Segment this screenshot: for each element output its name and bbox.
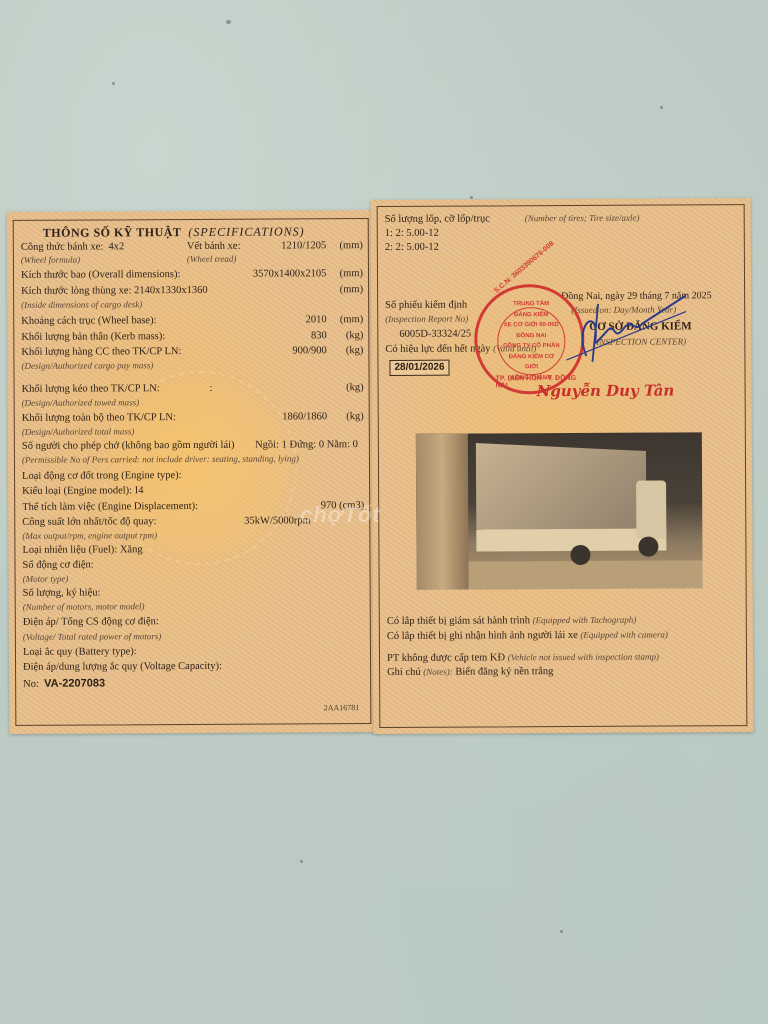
vehicle-inspection-certificate: THÔNG SỐ KỸ THUẬT (SPECIFICATIONS) Công …	[7, 198, 754, 736]
tire-axle-1: 1: 2: 5.00-12	[385, 226, 739, 239]
wheel-formula-en: (Wheel formula) (Wheel tread)	[21, 253, 363, 265]
photo-truck-cab	[636, 481, 666, 539]
total-mass-row: Khối lượng toàn bộ theo TK/CP LN: 1860/1…	[22, 411, 364, 424]
persons-row: Số người cho phép chở (không bao gồm ngư…	[22, 439, 364, 452]
inspection-page: Số lượng lốp, cỡ lốp/trục (Number of tir…	[371, 198, 754, 734]
floor-speck	[226, 20, 231, 24]
valid-until-date: 28/01/2026	[389, 360, 449, 376]
wheelbase-row: Khoảng cách trục (Wheel base): 2010 (mm)	[21, 314, 363, 327]
photo-wheel	[638, 537, 658, 557]
motor-count-en: (Number of motors, motor model)	[23, 600, 365, 612]
motor-power-row: Điện áp/ Tổng CS động cơ điện:	[23, 615, 365, 628]
persons-en: (Permissible No of Pers carried: not inc…	[22, 453, 364, 465]
engine-model-row: Kiểu loại (Engine model): I4	[22, 484, 364, 497]
vehicle-photo	[416, 432, 703, 589]
signature-icon	[546, 293, 686, 364]
towed-mass-en: (Design/Authorized towed mass)	[22, 396, 364, 408]
floor-speck	[560, 930, 563, 933]
marketplace-watermark: chợTốt	[300, 502, 381, 528]
bottom-code: 2AA16781	[324, 703, 360, 712]
motor-row: Số động cơ điện:	[22, 558, 364, 571]
total-mass-en: (Design/Authorized total mass)	[22, 425, 364, 437]
towed-mass-row: Khối lượng kéo theo TK/CP LN: : (kg)	[22, 382, 364, 395]
tires-row: Số lượng lốp, cỡ lốp/trục (Number of tir…	[385, 212, 739, 225]
battery-type-row: Loại ắc quy (Battery type):	[23, 645, 365, 658]
motor-power-en: (Voltage/ Total rated power of motors)	[23, 630, 365, 642]
cargo-mass-en: (Design/Authorized cargo pay mass)	[21, 359, 363, 371]
motor-en: (Motor type)	[23, 572, 365, 584]
kerb-mass-row: Khối lượng bản thân (Kerb mass): 830 (kg…	[21, 330, 363, 343]
specifications-title: THÔNG SỐ KỸ THUẬT (SPECIFICATIONS)	[43, 224, 363, 241]
overall-dimensions-row: Kích thước bao (Overall dimensions): 357…	[21, 268, 363, 281]
cargo-dimensions-en: (Inside dimensions of cargo desk)	[21, 298, 363, 310]
tire-axle-2: 2: 2: 5.00-12	[385, 240, 739, 253]
camera-row: Có lắp thiết bị ghi nhận hình ảnh người …	[387, 629, 741, 642]
specifications-page: THÔNG SỐ KỸ THUẬT (SPECIFICATIONS) Công …	[7, 210, 378, 734]
power-en: (Max output/rpm, engine output rpm)	[22, 529, 364, 541]
cargo-dimensions-row: Kích thước lòng thùng xe: 2140x1330x1360…	[21, 284, 363, 297]
engine-type-row: Loại động cơ đốt trong (Engine type):	[22, 469, 364, 482]
notes-row: Ghi chú (Notes): Biển đăng ký nền trắng	[387, 665, 741, 678]
no-stamp-row: PT không được cấp tem KĐ (Vehicle not is…	[387, 651, 741, 664]
floor-speck	[660, 106, 663, 109]
floor-speck	[112, 82, 115, 85]
battery-capacity-row: Điện áp/dung lượng ắc quy (Voltage Capac…	[23, 660, 365, 673]
tachograph-row: Có lắp thiết bị giám sát hành trình (Equ…	[387, 614, 741, 627]
wheel-formula-row: Công thức bánh xe: 4x2 Vết bánh xe: 1210…	[21, 240, 363, 253]
motor-count-row: Số lượng, ký hiệu:	[23, 586, 365, 599]
cargo-mass-row: Khối lượng hàng CC theo TK/CP LN: 900/90…	[21, 345, 363, 358]
photo-wheel	[570, 545, 590, 565]
floor-speck	[300, 860, 303, 863]
serial-number: VA-2207083	[44, 677, 105, 689]
fuel-row: Loại nhiên liệu (Fuel): Xăng	[22, 543, 364, 556]
signer-name: Nguyễn Duy Tân	[537, 381, 675, 400]
serial-number-row: No: VA-2207083	[23, 676, 365, 690]
photo-truck-cargo	[476, 443, 646, 537]
photo-pillar	[416, 434, 469, 590]
